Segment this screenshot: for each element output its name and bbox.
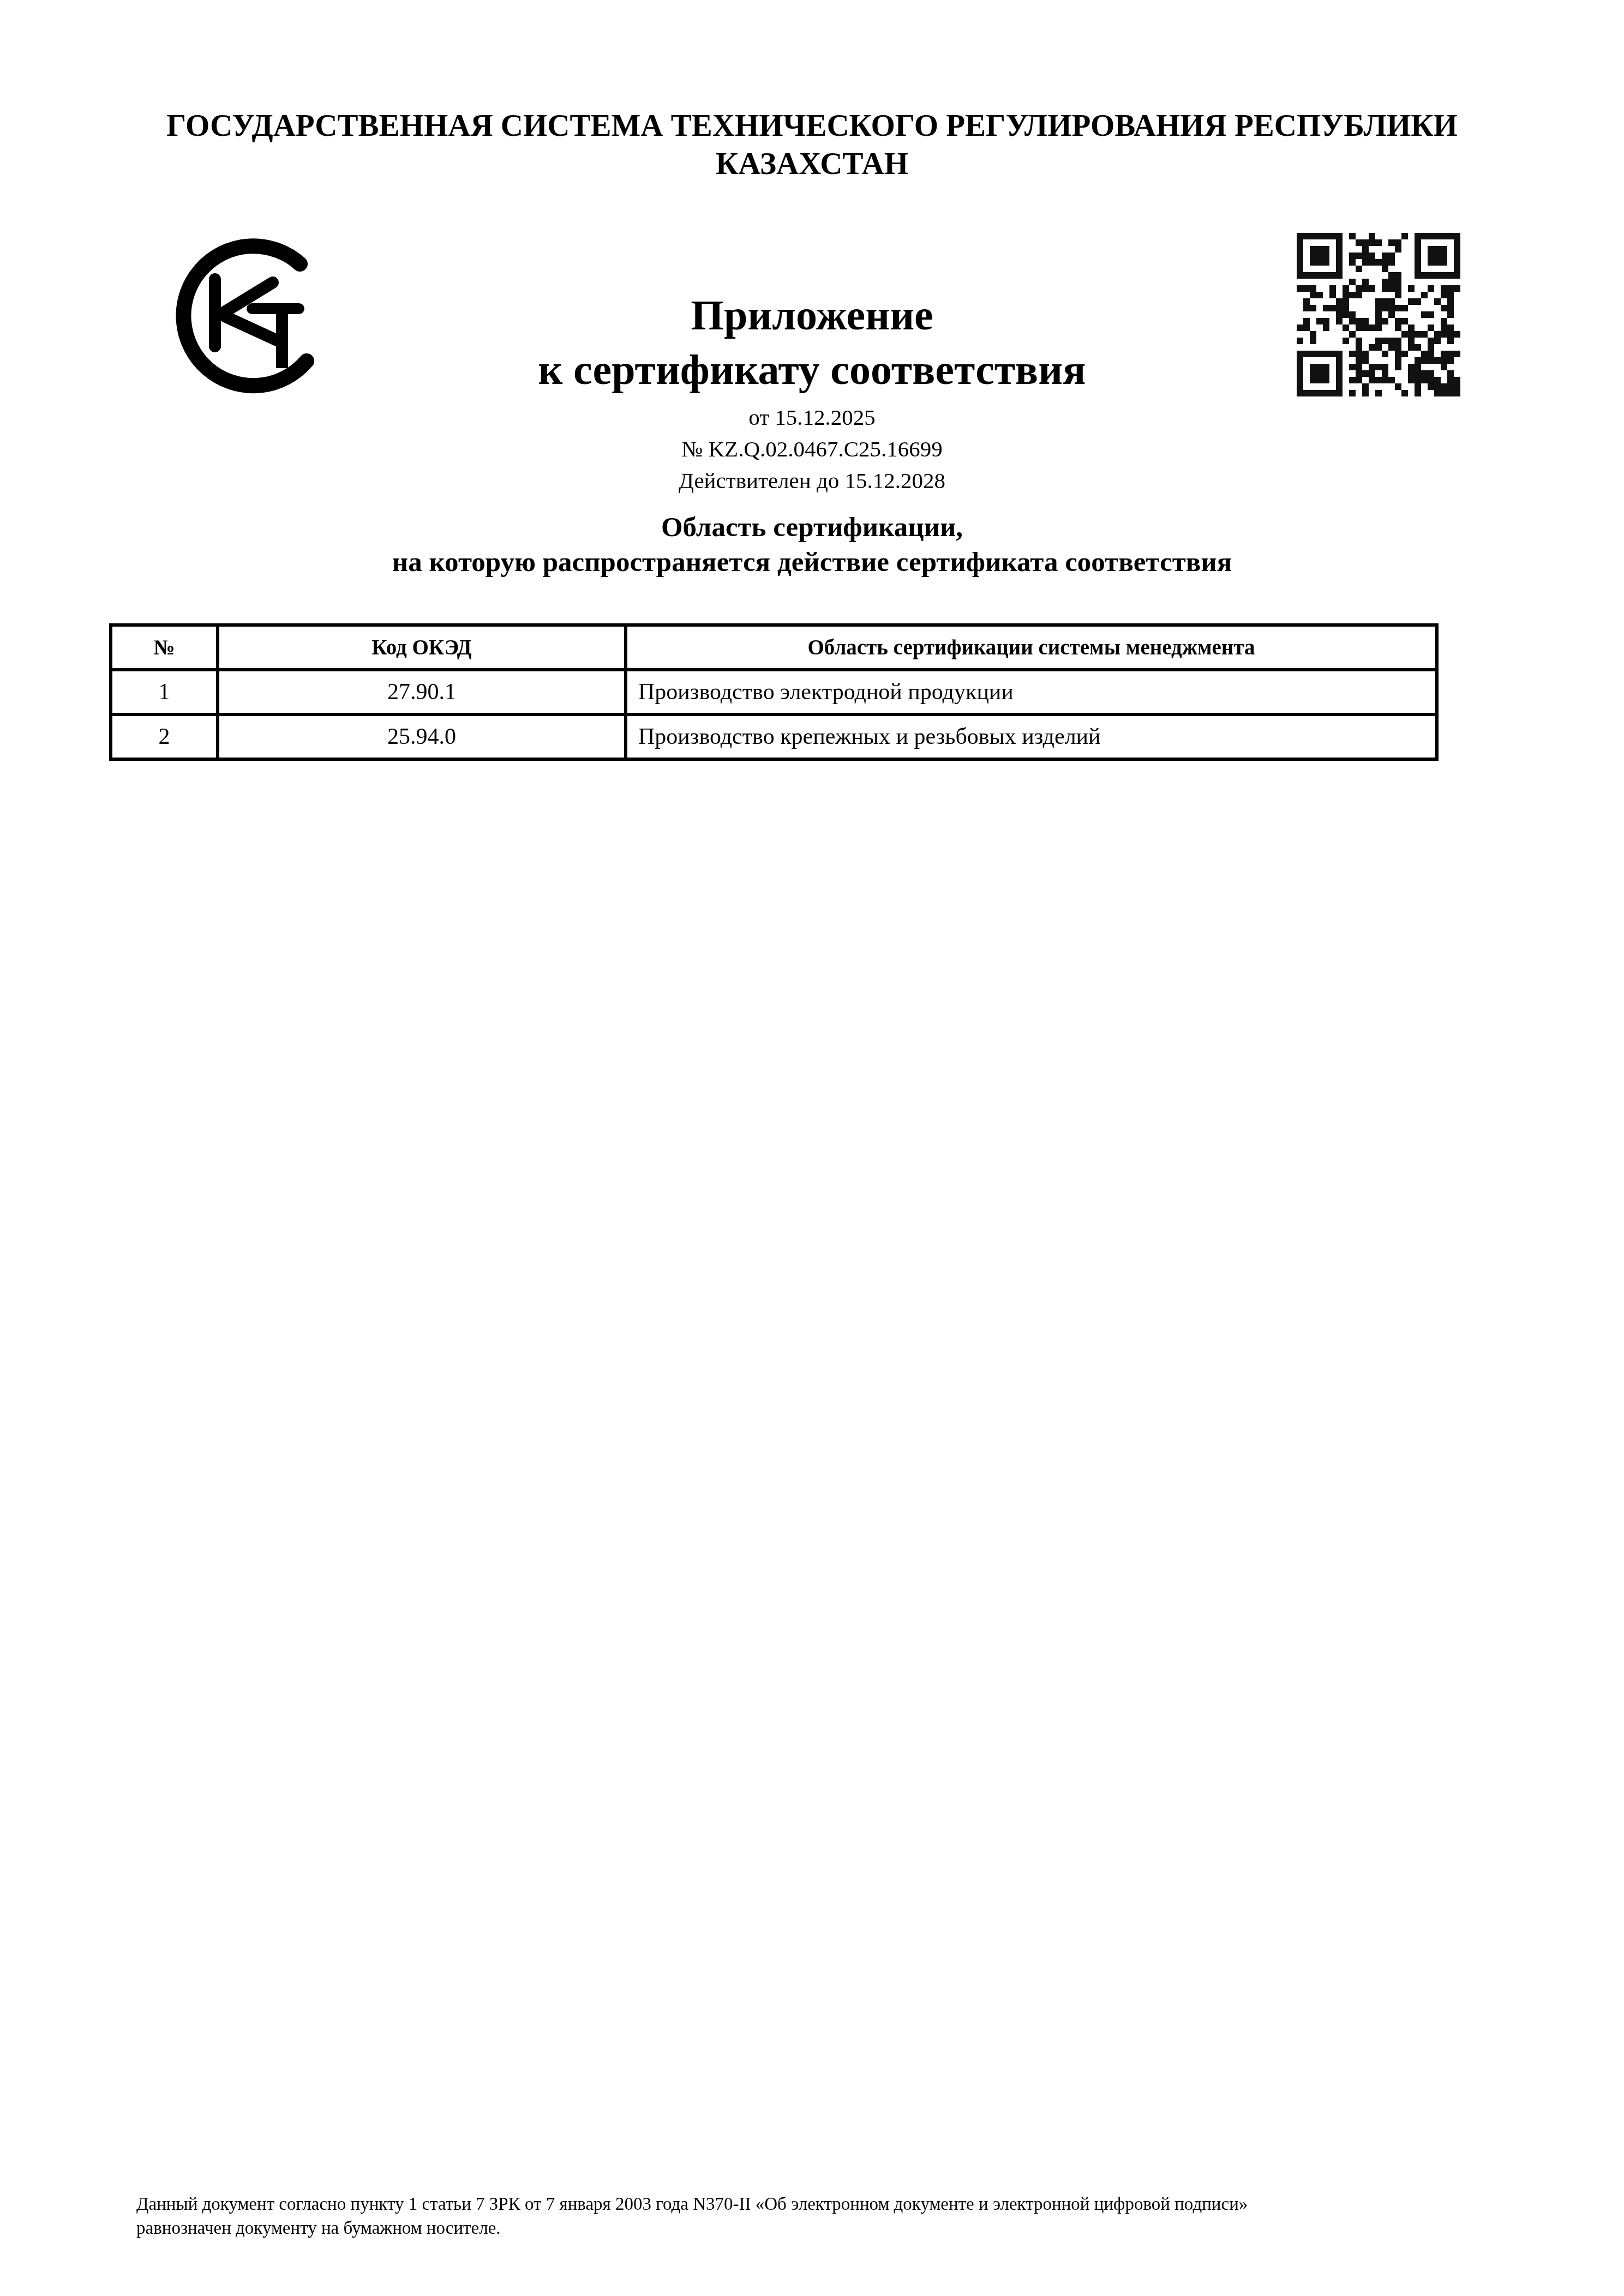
issuing-authority-title: ГОСУДАРСТВЕННАЯ СИСТЕМА ТЕХНИЧЕСКОГО РЕГ… [0, 107, 1624, 183]
issue-date: от 15.12.2025 [0, 401, 1624, 433]
issuing-authority-line1: ГОСУДАРСТВЕННАЯ СИСТЕМА ТЕХНИЧЕСКОГО РЕГ… [0, 107, 1624, 145]
column-header-scope: Область сертификации системы менеджмента [626, 625, 1437, 670]
certificate-number: № KZ.Q.02.0467.C25.16699 [0, 433, 1624, 465]
legal-footnote: Данный документ согласно пункту 1 статьи… [136, 2192, 1533, 2240]
document-subtitle: к сертификату соответствия [0, 342, 1624, 397]
issuing-authority-line2: КАЗАХСТАН [0, 145, 1624, 183]
row-number: 1 [111, 670, 218, 714]
scope-heading-line1: Область сертификации, [0, 510, 1624, 545]
column-header-okved-code: Код ОКЭД [218, 625, 626, 670]
row-okved-code: 27.90.1 [218, 670, 626, 714]
row-scope: Производство электродной продукции [626, 670, 1437, 714]
legal-footnote-line1: Данный документ согласно пункту 1 статьи… [136, 2192, 1533, 2216]
row-okved-code: 25.94.0 [218, 714, 626, 759]
row-scope: Производство крепежных и резьбовых издел… [626, 714, 1437, 759]
table-row: 1 27.90.1 Производство электродной проду… [111, 670, 1437, 714]
scope-heading: Область сертификации, на которую распрос… [0, 510, 1624, 580]
valid-until: Действителен до 15.12.2028 [0, 465, 1624, 496]
certification-scope-table: № Код ОКЭД Область сертификации системы … [109, 623, 1439, 761]
row-number: 2 [111, 714, 218, 759]
column-header-number: № [111, 625, 218, 670]
document-title-block: Приложение к сертификату соответствия от… [0, 288, 1624, 496]
table-header-row: № Код ОКЭД Область сертификации системы … [111, 625, 1437, 670]
scope-heading-line2: на которую распространяется действие сер… [0, 545, 1624, 580]
document-title: Приложение [0, 288, 1624, 342]
legal-footnote-line2: равнозначен документу на бумажном носите… [136, 2216, 1533, 2240]
table-row: 2 25.94.0 Производство крепежных и резьб… [111, 714, 1437, 759]
